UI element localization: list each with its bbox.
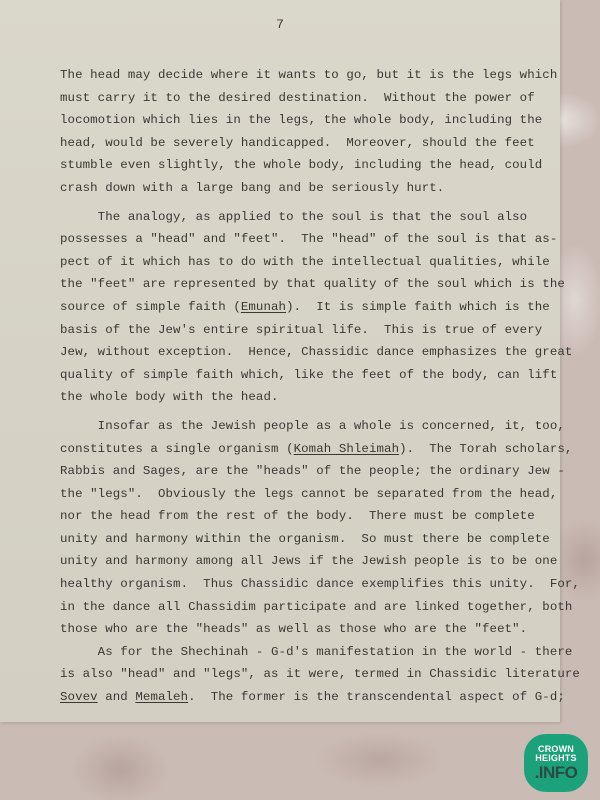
text-line: As for the Shechinah - G-d's manifestati… <box>60 641 560 664</box>
text-line: quality of simple faith which, like the … <box>60 364 560 387</box>
underlined-term: Sovev <box>60 690 98 704</box>
crown-heights-info-logo: CROWN HEIGHTS .INFO <box>524 734 588 792</box>
text-line: unity and harmony within the organism. S… <box>60 528 560 551</box>
text-line: stumble even slightly, the whole body, i… <box>60 154 560 177</box>
page-body: The head may decide where it wants to go… <box>60 64 560 709</box>
text-line: The analogy, as applied to the soul is t… <box>60 206 560 229</box>
text-line: head, would be severely handicapped. Mor… <box>60 132 560 155</box>
text-line: healthy organism. Thus Chassidic dance e… <box>60 573 560 596</box>
text-line: unity and harmony among all Jews if the … <box>60 550 560 573</box>
text-line: locomotion which lies in the legs, the w… <box>60 109 560 132</box>
text-line: those who are the "heads" as well as tho… <box>60 618 560 641</box>
underlined-term: Memaleh <box>135 690 188 704</box>
text-line: the "legs". Obviously the legs cannot be… <box>60 483 560 506</box>
paragraph: As for the Shechinah - G-d's manifestati… <box>60 641 560 709</box>
underlined-term: Emunah <box>241 300 286 314</box>
text-line: The head may decide where it wants to go… <box>60 64 560 87</box>
typewritten-page: 7 The head may decide where it wants to … <box>0 0 560 722</box>
text-line: in the dance all Chassidim participate a… <box>60 596 560 619</box>
logo-line-2: HEIGHTS <box>535 754 576 763</box>
text-line: the "feet" are represented by that quali… <box>60 273 560 296</box>
underlined-term: Komah Shleimah <box>294 442 400 456</box>
text-line: possesses a "head" and "feet". The "head… <box>60 228 560 251</box>
paragraph: The head may decide where it wants to go… <box>60 64 560 200</box>
text-line: Rabbis and Sages, are the "heads" of the… <box>60 460 560 483</box>
paragraph: Insofar as the Jewish people as a whole … <box>60 415 560 641</box>
text-line: source of simple faith (Emunah). It is s… <box>60 296 560 319</box>
text-line: basis of the Jew's entire spiritual life… <box>60 319 560 342</box>
paragraph: The analogy, as applied to the soul is t… <box>60 206 560 409</box>
text-line: nor the head from the rest of the body. … <box>60 505 560 528</box>
logo-line-3: .INFO <box>535 764 578 781</box>
text-line: pect of it which has to do with the inte… <box>60 251 560 274</box>
page-number: 7 <box>0 17 560 32</box>
text-line: is also "head" and "legs", as it were, t… <box>60 663 560 686</box>
text-line: Sovev and Memaleh. The former is the tra… <box>60 686 560 709</box>
text-line: crash down with a large bang and be seri… <box>60 177 560 200</box>
text-line: constitutes a single organism (Komah Shl… <box>60 438 560 461</box>
text-line: the whole body with the head. <box>60 386 560 409</box>
text-line: must carry it to the desired destination… <box>60 87 560 110</box>
text-line: Jew, without exception. Hence, Chassidic… <box>60 341 560 364</box>
text-line: Insofar as the Jewish people as a whole … <box>60 415 560 438</box>
